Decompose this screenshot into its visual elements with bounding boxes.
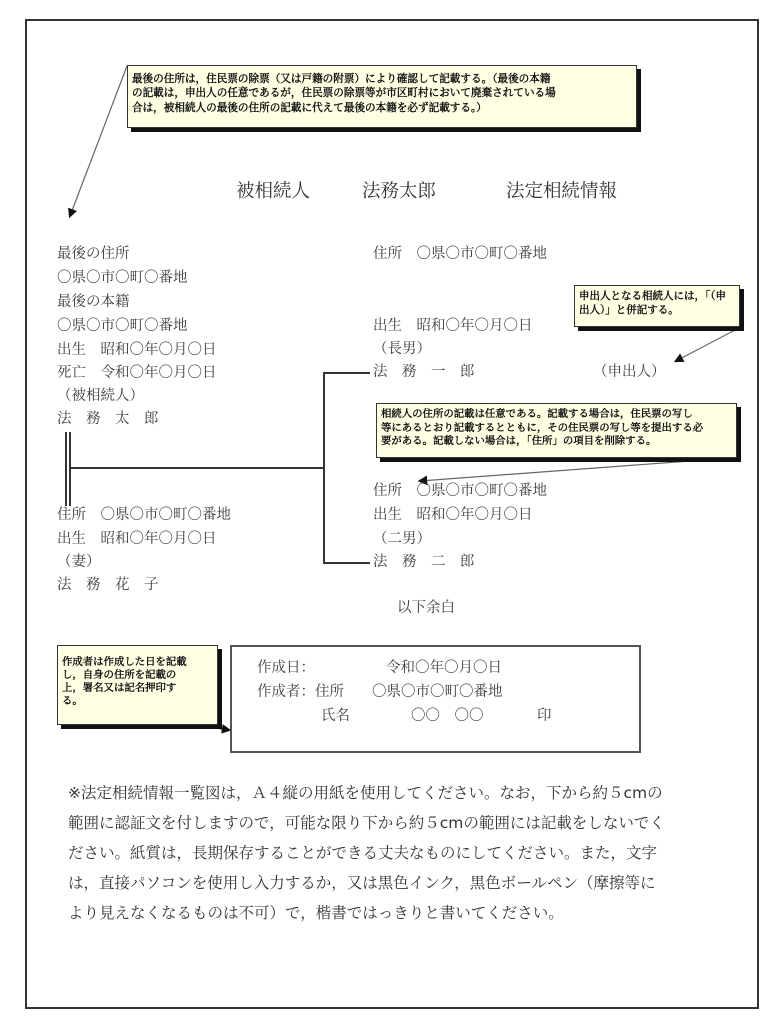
callout-line: の記載は，申出人の任意であるが，住民票の除票等が市区町村において廃棄されている場	[132, 86, 632, 100]
heir2-address: 住所 〇県〇市〇町〇番地	[373, 484, 547, 499]
callout-applicant-note: 申出人となる相続人には，「（申 出人）」と併記する。	[574, 285, 740, 327]
decedent-last-address: 〇県〇市〇町〇番地	[57, 271, 188, 286]
callout-line: 相続人の住所の記載は任意である。記載する場合は，住民票の写し	[381, 408, 732, 422]
creation-date-label: 作成日：	[257, 661, 315, 676]
marriage-line-right	[69, 432, 71, 506]
callout-line: し，自身の住所を記載の	[62, 669, 213, 682]
applicant-tag: （申出人）	[593, 365, 666, 380]
creator-address-label: 作成者：住所	[257, 685, 344, 700]
callout-line: 要がある。記載しない場合は，「住所」の項目を削除する。	[381, 435, 732, 449]
spouse-name: 法 務 花 子	[57, 578, 159, 593]
spouse-birth: 出生 昭和〇年〇月〇日	[57, 532, 217, 547]
note-line: は，直接パソコンを使用し入力するか，又は黒色インク，黒色ボールペン（摩擦等に	[68, 871, 655, 893]
callout-line: 申出人となる相続人には，「（申	[579, 290, 735, 304]
note-line: より見えなくなるものは不可）で，楷書ではっきりと書いてください。	[68, 901, 564, 923]
decedent-last-domicile-label: 最後の本籍	[57, 295, 130, 310]
decedent-last-address-label: 最後の住所	[57, 247, 130, 262]
callout-line: 上，署名又は記名押印す	[62, 682, 213, 695]
branch-to-heir2	[323, 562, 370, 564]
marriage-line-left	[65, 432, 67, 506]
creation-date-value: 令和〇年〇月〇日	[386, 661, 502, 676]
seal-mark: 印	[537, 709, 552, 724]
callout-line: 最後の住所は，住民票の除票（又は戸籍の附票）により確認して記載する。（最後の本籍	[132, 72, 632, 86]
heir1-address: 住所 〇県〇市〇町〇番地	[373, 247, 547, 262]
decedent-name: 法 務 太 郎	[57, 412, 159, 427]
branch-to-heir1	[323, 372, 370, 374]
note-line: ※法定相続情報一覧図は，Ａ４縦の用紙を使用してください。なお，下から約５cmの	[68, 781, 663, 803]
title-decedent-name: 法務太郎	[362, 177, 436, 203]
descendant-line	[71, 467, 325, 469]
note-line: ださい。紙質は，長期保存することができる丈夫なものにしてください。また，文字	[68, 841, 657, 863]
note-line: 範囲に認証文を付しますので，可能な限り下から約５cmの範囲には記載をしないでく	[68, 811, 665, 833]
callout-line: 合は，被相続人の最後の住所の記載に代えて最後の本籍を必ず記載する。）	[132, 101, 632, 115]
heir1-role: （長男）	[373, 342, 431, 357]
end-mark: 以下余白	[397, 601, 455, 616]
callout-creator-note: 作成者は作成した日を記載 し，自身の住所を記載の 上，署名又は記名押印す る。	[57, 645, 218, 725]
decedent-birth: 出生 昭和〇年〇月〇日	[57, 343, 217, 358]
heir2-role: （二男）	[373, 532, 431, 547]
callout-last-address-note: 最後の住所は，住民票の除票（又は戸籍の附票）により確認して記載する。（最後の本籍…	[127, 65, 637, 128]
creator-name: 〇〇 〇〇	[411, 709, 484, 724]
spouse-role: （妻）	[57, 555, 101, 570]
callout-line: る。	[62, 695, 213, 708]
decedent-death: 死亡 令和〇年〇月〇日	[57, 366, 217, 381]
title-decedent-label: 被相続人	[236, 177, 310, 203]
creator-name-label: 氏名	[321, 709, 350, 724]
heir1-birth: 出生 昭和〇年〇月〇日	[373, 319, 533, 334]
spouse-address: 住所 〇県〇市〇町〇番地	[57, 508, 231, 523]
callout-line: 出人）」と併記する。	[579, 304, 735, 318]
children-branch-line	[323, 372, 325, 564]
heir2-name: 法 務 二 郎	[373, 555, 475, 570]
heir1-name: 法 務 一 郎	[373, 365, 475, 380]
heir2-birth: 出生 昭和〇年〇月〇日	[373, 508, 533, 523]
callout-line: 作成者は作成した日を記載	[62, 656, 213, 669]
callout-line: 等にあるとおり記載するとともに，その住民票の写し等を提出する必	[381, 422, 732, 436]
decedent-last-domicile: 〇県〇市〇町〇番地	[57, 319, 188, 334]
creator-address: 〇県〇市〇町〇番地	[372, 685, 503, 700]
callout-heir-address-note: 相続人の住所の記載は任意である。記載する場合は，住民票の写し 等にあるとおり記載…	[376, 403, 737, 458]
page-title: 法定相続情報	[506, 177, 617, 203]
decedent-role: （被相続人）	[57, 389, 144, 404]
